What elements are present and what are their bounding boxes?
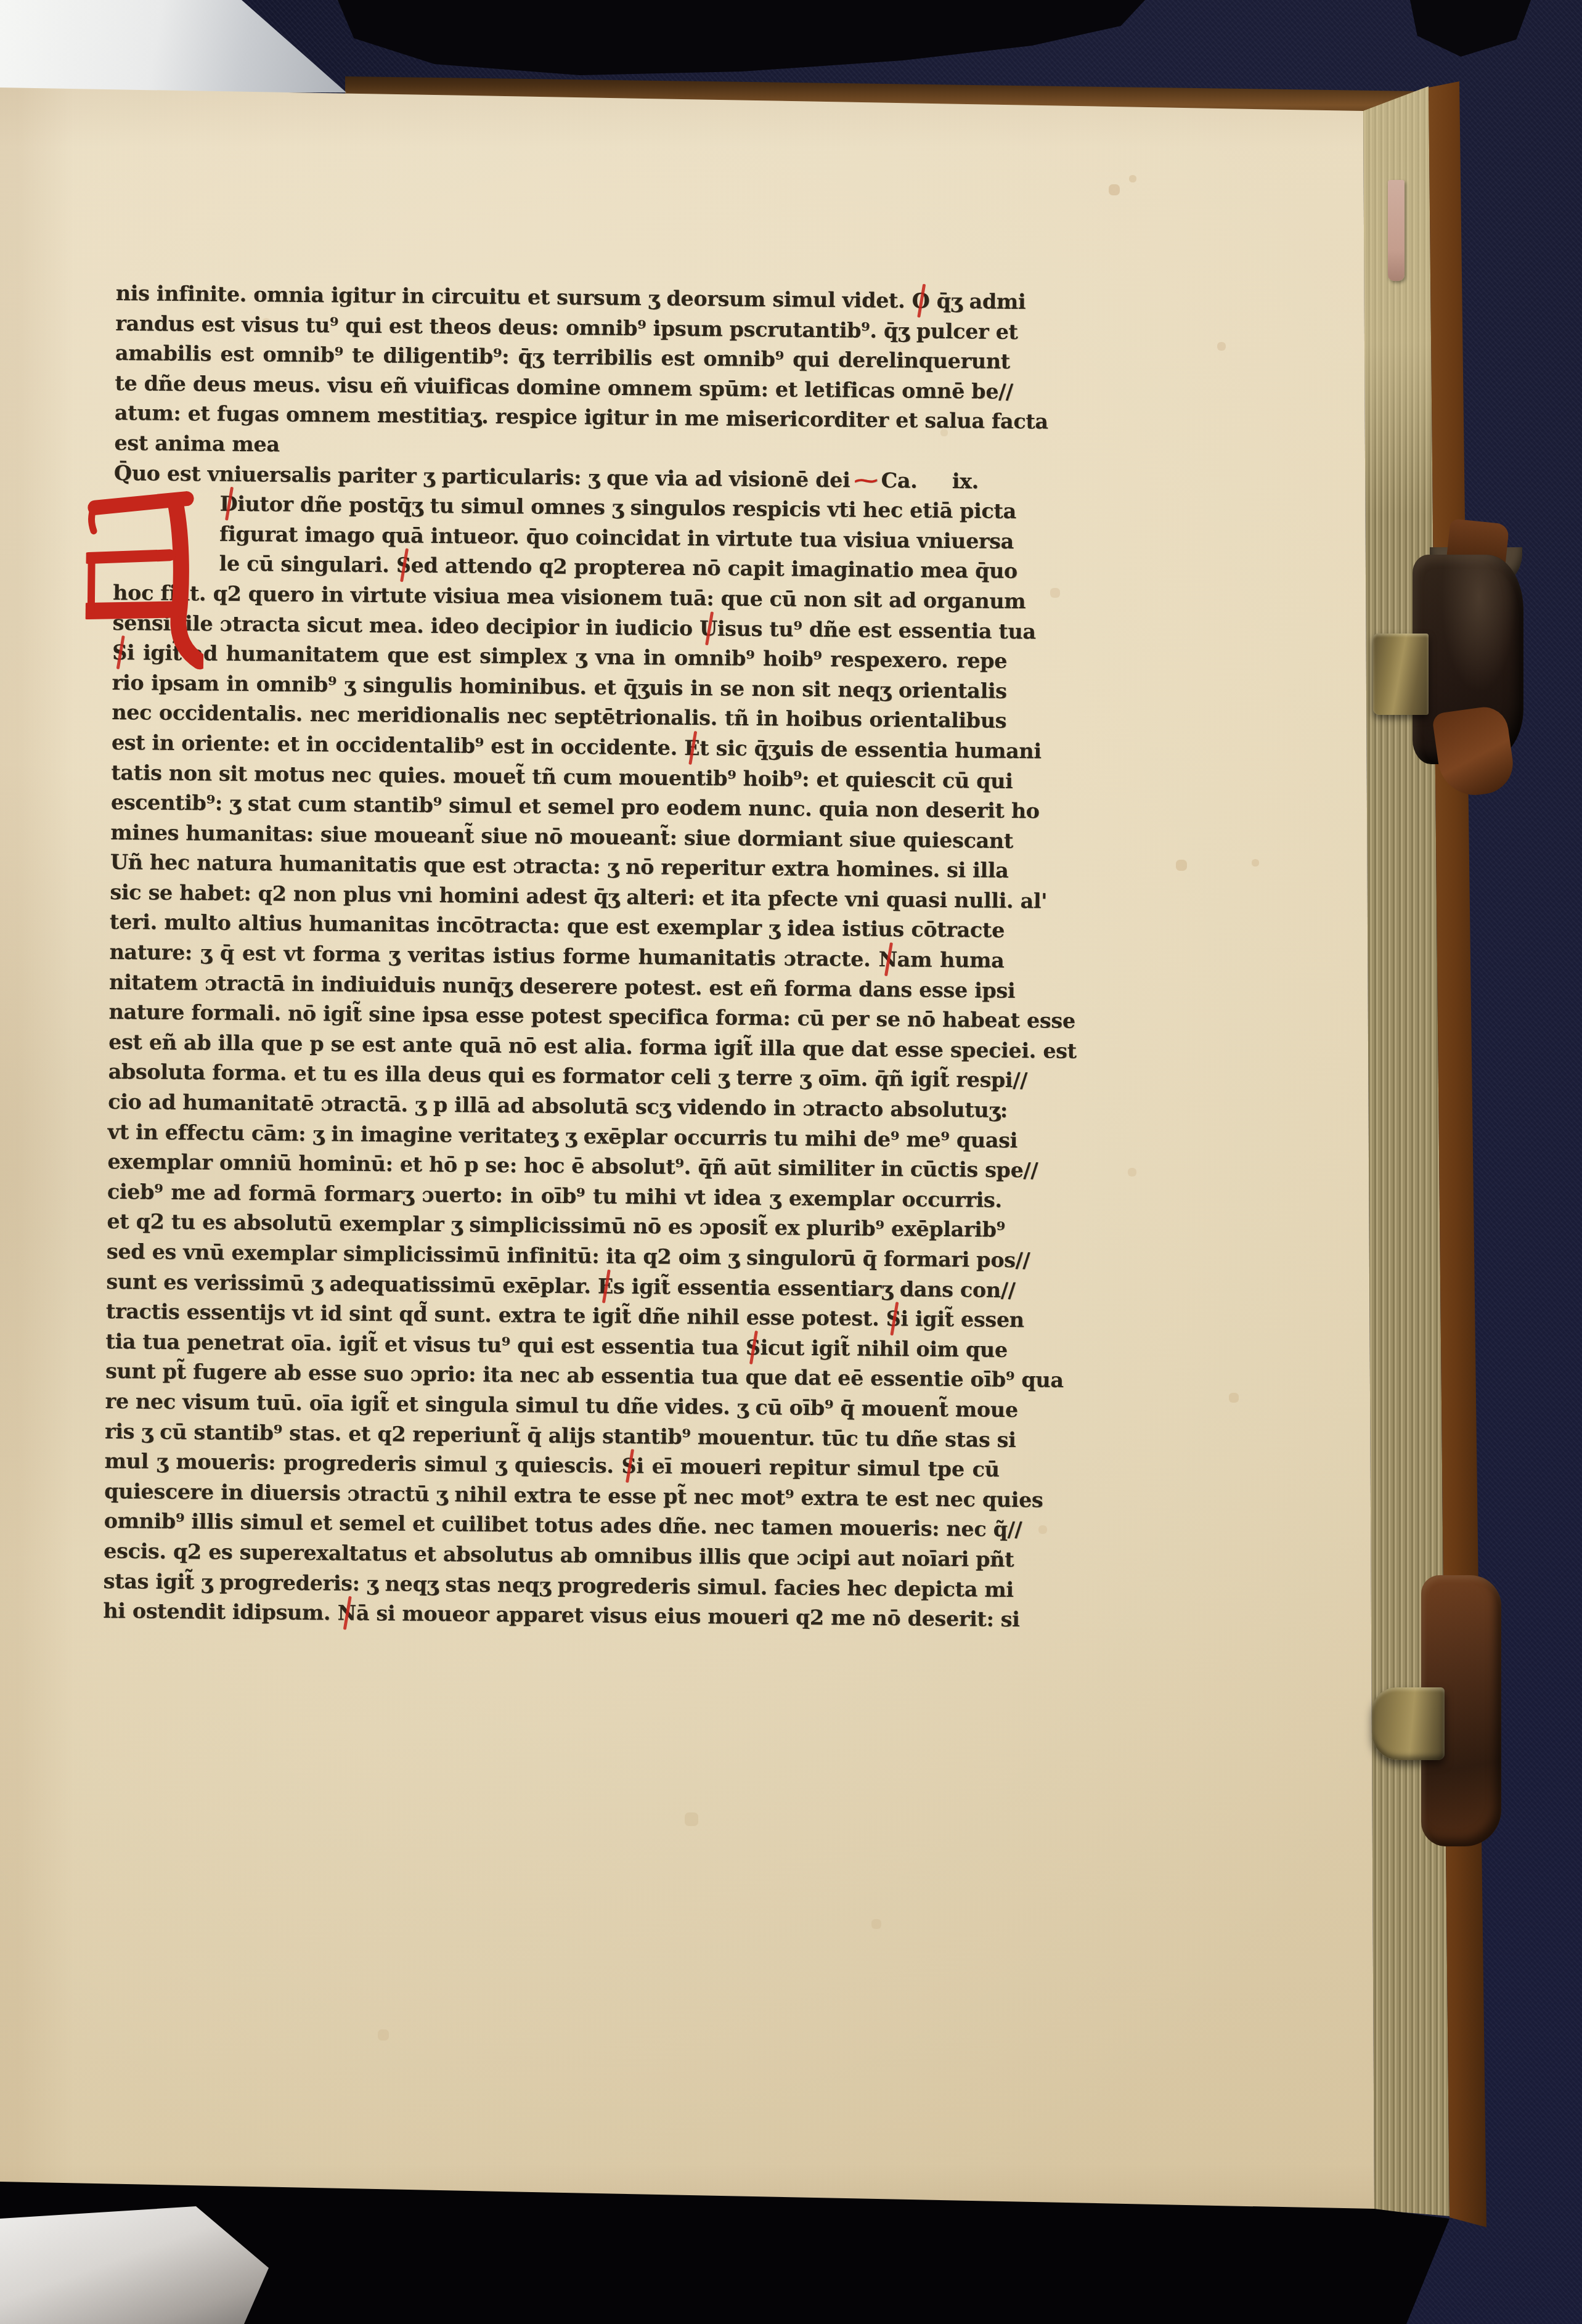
rubricated-capital: S — [886, 1304, 900, 1334]
drop-cap-initial-a: A — [85, 487, 205, 673]
rubricated-capital: E — [598, 1271, 614, 1302]
rubricated-capital: S — [621, 1451, 636, 1482]
upper-clasp-brass-band — [1373, 634, 1429, 715]
foxing-spots — [0, 0, 2, 2]
red-paraph-mark: ~ — [851, 465, 881, 495]
rubricated-capital: S — [112, 638, 127, 668]
rubricated-capital: O — [911, 286, 929, 316]
lombard-a-icon — [85, 487, 205, 673]
text-block: A nis infinite. omnia igitur in circuitu… — [103, 279, 1011, 1635]
lower-clasp-brass-hook — [1372, 1687, 1445, 1760]
rubricated-capital: N — [878, 945, 897, 975]
rubricated-capital: E — [684, 733, 700, 764]
bookmark-tab — [1388, 180, 1405, 281]
rubricated-capital: S — [396, 551, 411, 581]
rubricated-capital: N — [337, 1599, 356, 1629]
rubricated-capital: D — [219, 489, 237, 520]
rubricated-capital: S — [746, 1333, 760, 1363]
rubricated-capital: U — [699, 614, 717, 644]
